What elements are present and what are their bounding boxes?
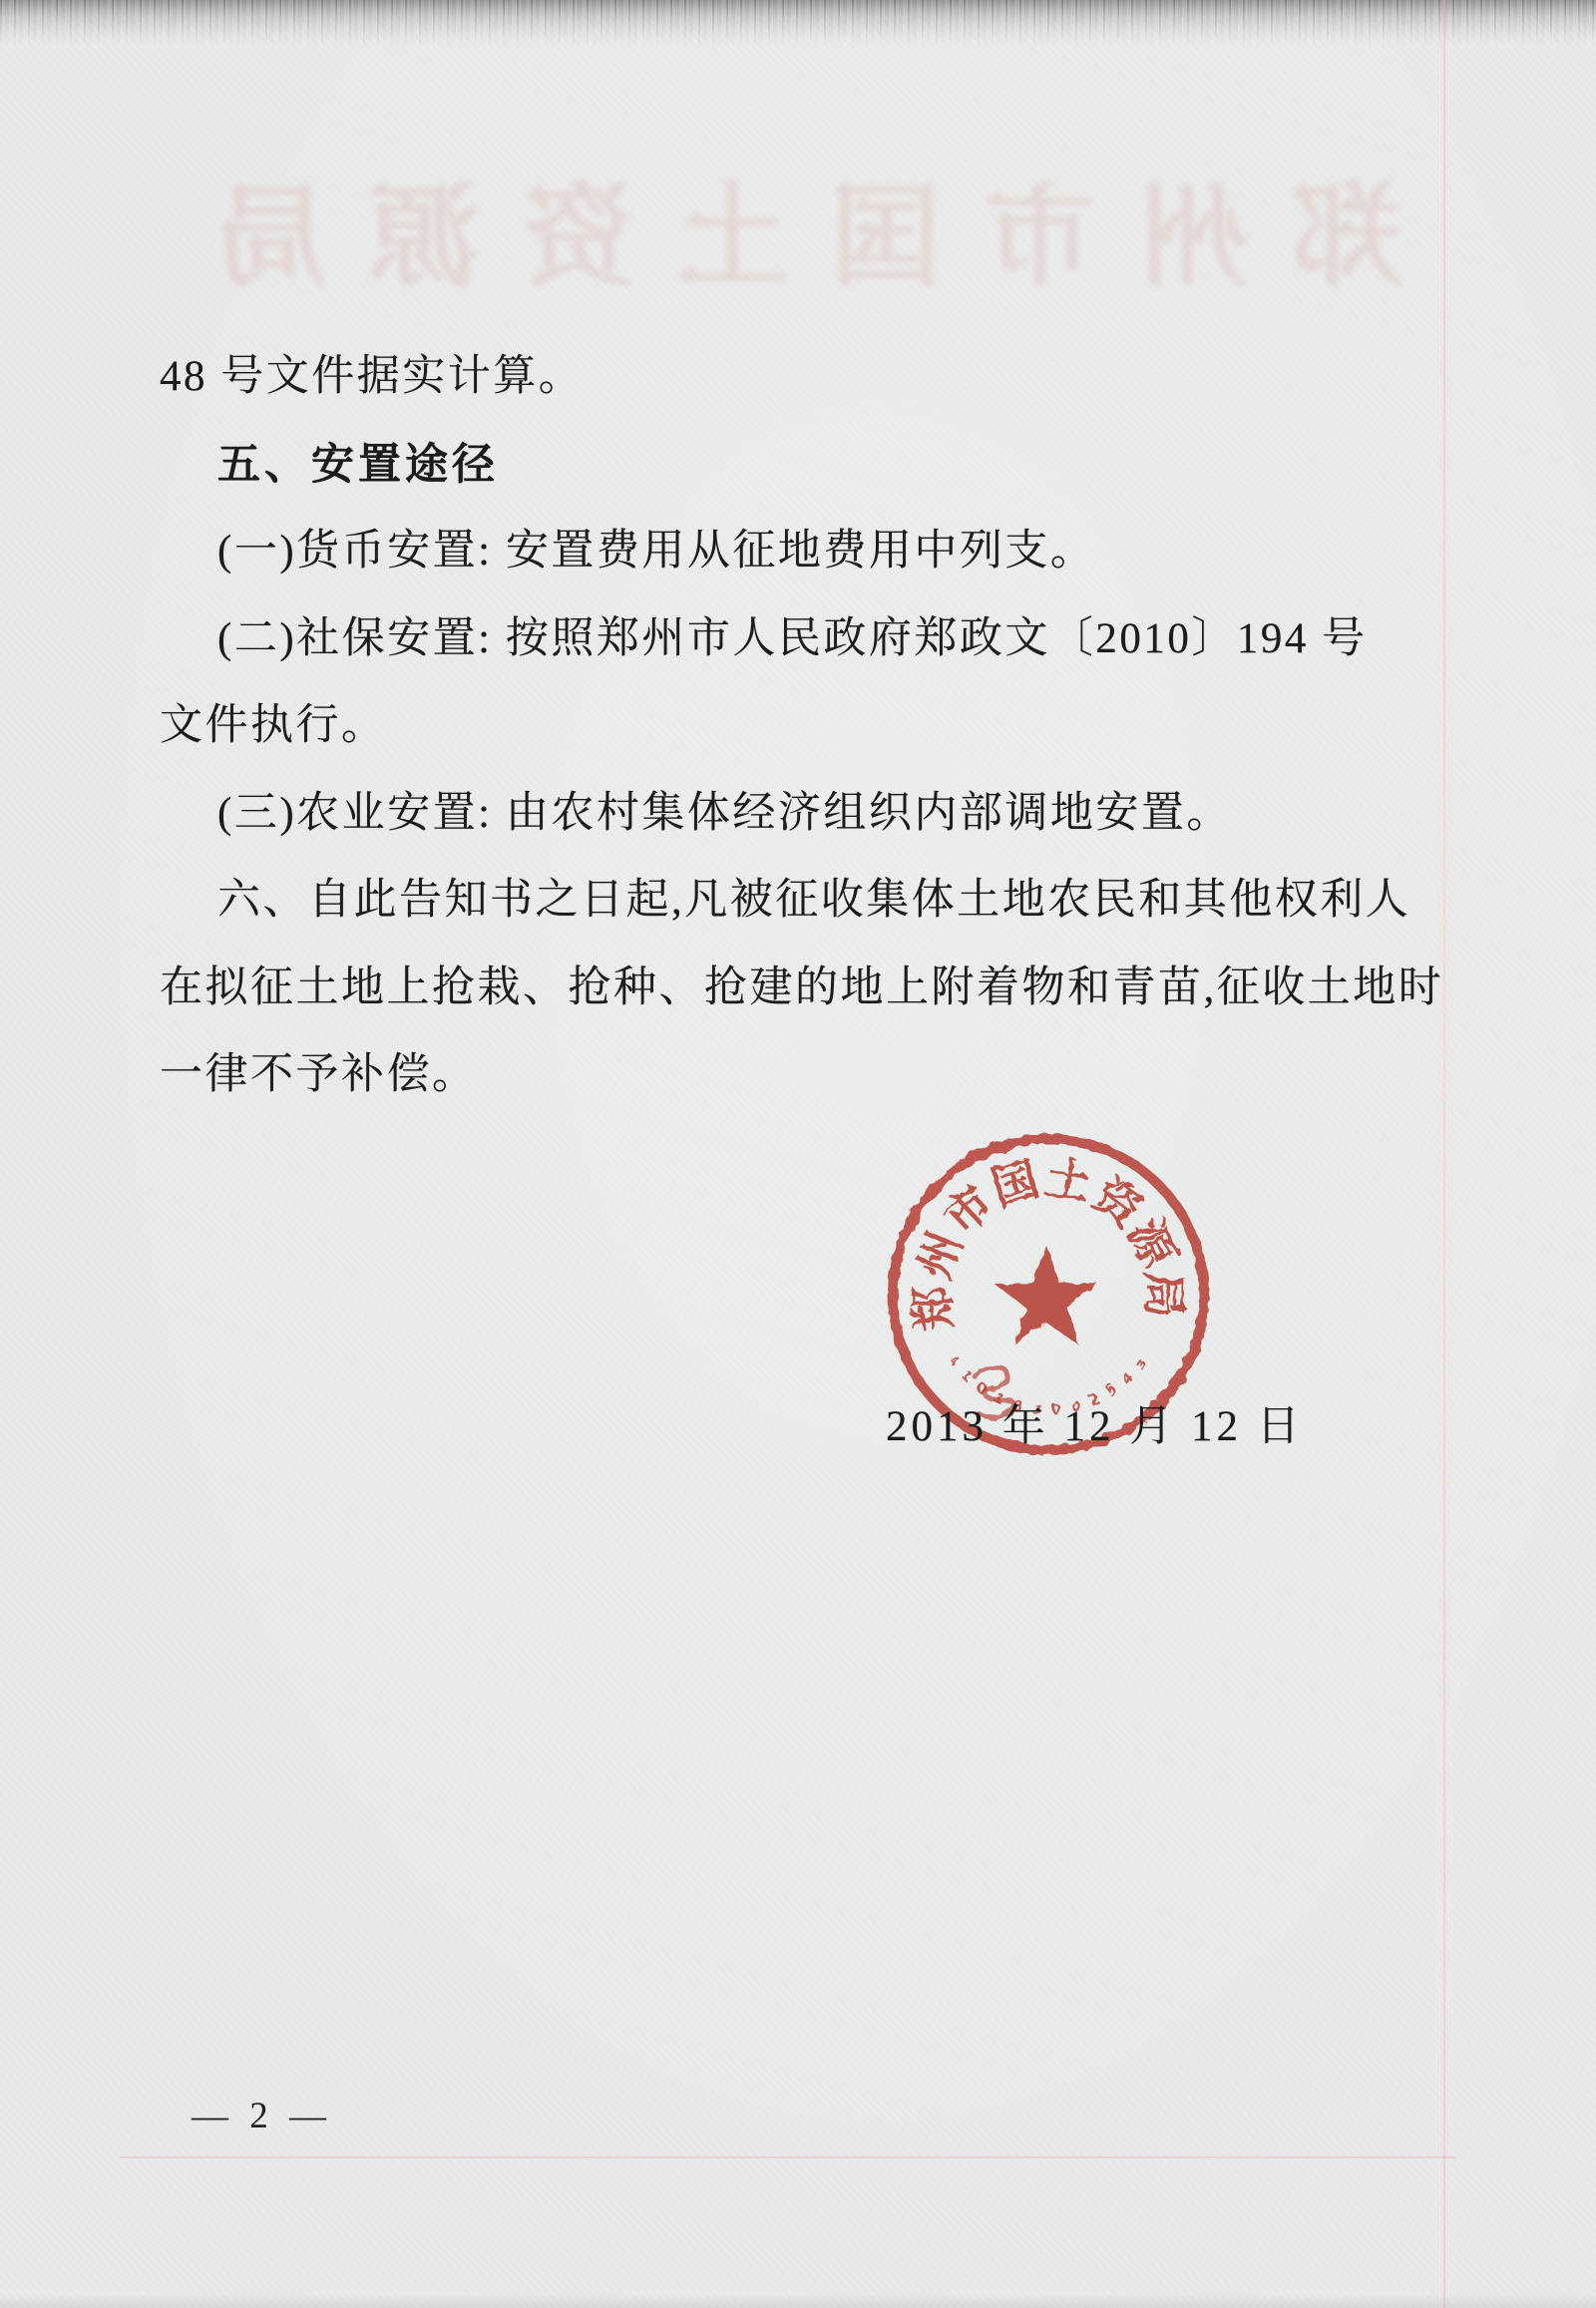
body-line-item-2-cont: 文件执行。 bbox=[160, 700, 387, 752]
body-line-item-1: (一)货币安置: 安置费用从征地费用中列支。 bbox=[217, 526, 1095, 577]
page-number: — 2 — bbox=[192, 2095, 332, 2137]
body-line-item-2: (二)社保安置: 按照郑州市人民政府郑政文〔2010〕194 号 bbox=[217, 613, 1368, 665]
scanned-document-page: 郑州市国土资源局 48 号文件据实计算。 五、安置途径 (一)货币安置: 安置费… bbox=[0, 0, 1596, 2308]
section-6-line-2: 在拟征土地上抢栽、抢种、抢建的地上附着物和青苗,征收土地时 bbox=[160, 962, 1443, 1014]
seal-star-icon bbox=[995, 1246, 1099, 1346]
scanner-streak-artifact bbox=[0, 0, 1596, 46]
document-date: 2013 年 12 月 12 日 bbox=[886, 1392, 1304, 1453]
scanner-pink-line-artifact bbox=[120, 2156, 1456, 2158]
bottom-edge-shadow bbox=[0, 2294, 1596, 2308]
section-heading-5: 五、安置途径 bbox=[217, 439, 499, 491]
section-6-line-3: 一律不予补偿。 bbox=[160, 1049, 478, 1101]
body-line-item-3: (三)农业安置: 由农村集体经济组织内部调地安置。 bbox=[217, 788, 1232, 840]
body-line-1: 48 号文件据实计算。 bbox=[160, 351, 584, 403]
section-6-line-1: 六、自此告知书之日起,凡被征收集体土地农民和其他权利人 bbox=[217, 875, 1410, 927]
scanner-fold-line-artifact bbox=[1443, 0, 1445, 2308]
bleed-through-header-text: 郑州市国土资源局 bbox=[170, 148, 1406, 277]
